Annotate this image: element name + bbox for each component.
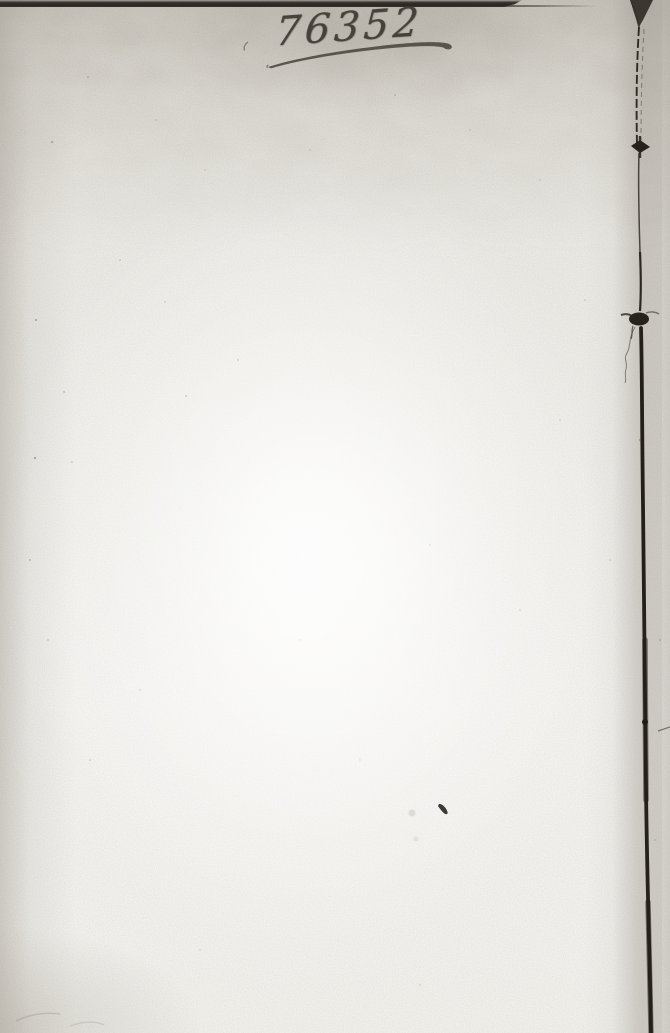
ghost-spot [409, 810, 416, 817]
ghost-spot-2 [413, 836, 418, 841]
dust-specks [29, 76, 661, 986]
scratch-mark [16, 1013, 60, 1021]
scanned-book-page: 76352 [0, 0, 670, 1033]
comma-mark [244, 42, 248, 51]
ink-blot [438, 804, 448, 814]
ink-specks-layer [0, 0, 670, 1033]
scratch-mark-2 [70, 1022, 104, 1026]
